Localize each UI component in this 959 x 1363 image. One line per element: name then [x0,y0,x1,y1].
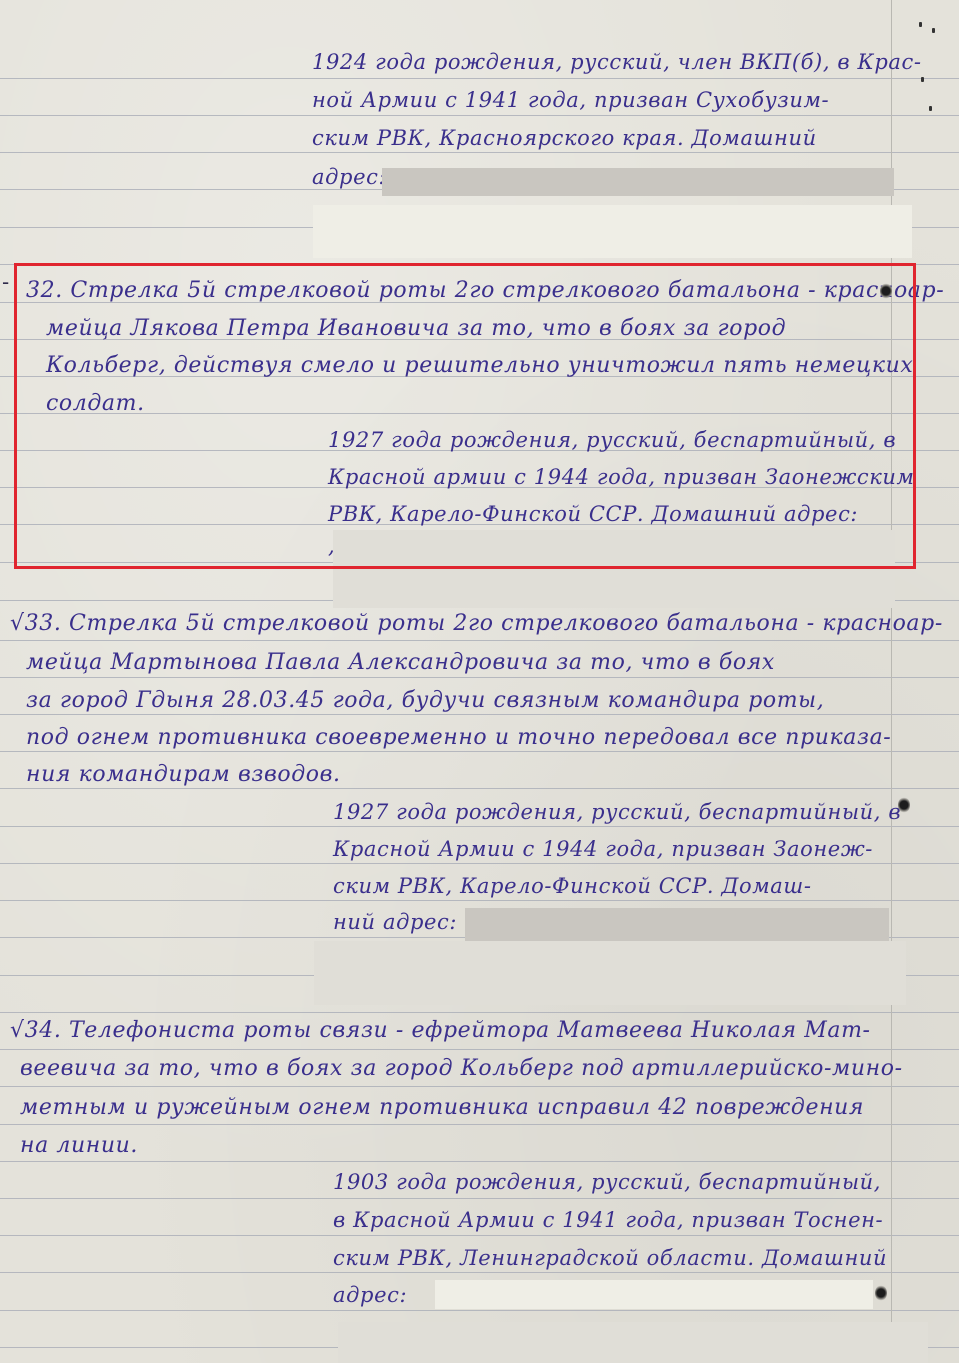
top-bio-line-4: адрес: [312,167,386,188]
ruled-line [0,863,959,864]
ruled-line [0,152,959,153]
entry-33-bio-3: ским РВК, Карело-Финской ССР. Домаш- [333,876,812,897]
ruled-line [0,1086,959,1087]
ruled-line [0,1310,959,1311]
ruled-line [0,115,959,116]
punch-hole [875,1285,887,1301]
ruled-line [0,751,959,752]
entry-33-tick: √ [10,611,25,636]
ruled-line [0,1012,959,1013]
entry-33-bio-1: 1927 года рождения, русский, беспартийны… [333,802,901,823]
redacted-address-34 [435,1280,873,1309]
entry-33-citation-5: ния командирам взводов. [26,764,341,786]
ruled-line [0,1235,959,1236]
entry-34-number: 34. [25,1018,62,1043]
redacted-block-top [313,205,912,258]
ruled-line [0,1272,959,1273]
entry-33-citation-2: мейца Мартынова Павла Александровича за … [26,652,775,674]
highlight-box-entry-32 [14,263,916,569]
ruled-line [0,1198,959,1199]
ruled-line [0,78,959,79]
redacted-address-top [382,168,894,196]
entry-33-citation-1: Стрелка 5й стрелковой роты 2го стрелково… [69,611,943,636]
entry-33-line-1: √33. Стрелка 5й стрелковой роты 2го стре… [10,613,943,635]
entry-33-bio-2: Красной Армии с 1944 года, призван Заоне… [333,839,873,860]
ruled-line [0,1161,959,1162]
entry-34-citation-2: веевича за то, что в боях за город Кольб… [20,1058,903,1080]
redacted-block-34 [338,1322,928,1363]
entry-32-tick: - [2,272,9,292]
entry-34-line-1: √34. Телефониста роты связи - ефрейтора … [10,1020,871,1042]
ruled-line [0,677,959,678]
entry-34-citation-1: Телефониста роты связи - ефрейтора Матве… [69,1018,871,1043]
paper-speck [921,77,924,82]
ruled-line [0,900,959,901]
entry-34-bio-3: ским РВК, Ленинградской области. Домашни… [333,1248,887,1269]
redacted-block-33 [314,941,906,1005]
ruled-line [0,826,959,827]
ruled-line [0,788,959,789]
entry-34-bio-1: 1903 года рождения, русский, беспартийны… [333,1172,881,1193]
punch-hole [898,797,910,813]
entry-34-bio-2: в Красной Армии с 1941 года, призван Тос… [333,1210,883,1231]
top-bio-line-3: ским РВК, Красноярского края. Домашний [312,128,817,149]
ruled-line [0,1049,959,1050]
ruled-line [0,714,959,715]
entry-33-number: 33. [25,611,62,636]
entry-33-bio-4: ний адрес: [333,912,457,933]
document-page: 1924 года рождения, русский, член ВКП(б)… [0,0,959,1363]
entry-34-tick: √ [10,1018,25,1043]
top-bio-line-1: 1924 года рождения, русский, член ВКП(б)… [312,52,922,73]
paper-speck [932,28,935,33]
ruled-line [0,1124,959,1125]
entry-33-citation-4: под огнем противника своевременно и точн… [26,727,891,749]
redacted-address-33 [465,908,889,941]
paper-speck [929,106,932,111]
paper-speck [919,22,922,27]
punch-hole [880,283,892,299]
entry-34-citation-4: на линии. [20,1135,138,1157]
ruled-line [0,640,959,641]
entry-34-bio-4: адрес: [333,1285,407,1306]
top-bio-line-2: ной Армии с 1941 года, призван Сухобузим… [312,90,829,111]
entry-33-citation-3: за город Гдыня 28.03.45 года, будучи свя… [26,690,824,712]
entry-34-citation-3: метным и ружейным огнем противника испра… [20,1097,864,1119]
